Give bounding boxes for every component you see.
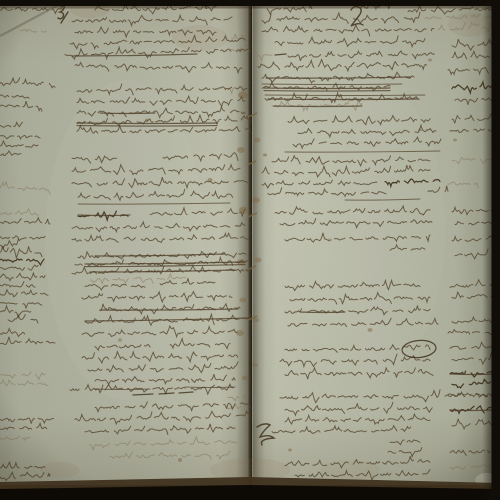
photo-border-top [0,0,500,9]
vignette [0,0,500,500]
manuscript-photo: Open handwritten manuscript notebook, tw… [0,0,500,500]
photo-border-right [482,0,500,500]
manuscript-canvas [0,0,500,500]
